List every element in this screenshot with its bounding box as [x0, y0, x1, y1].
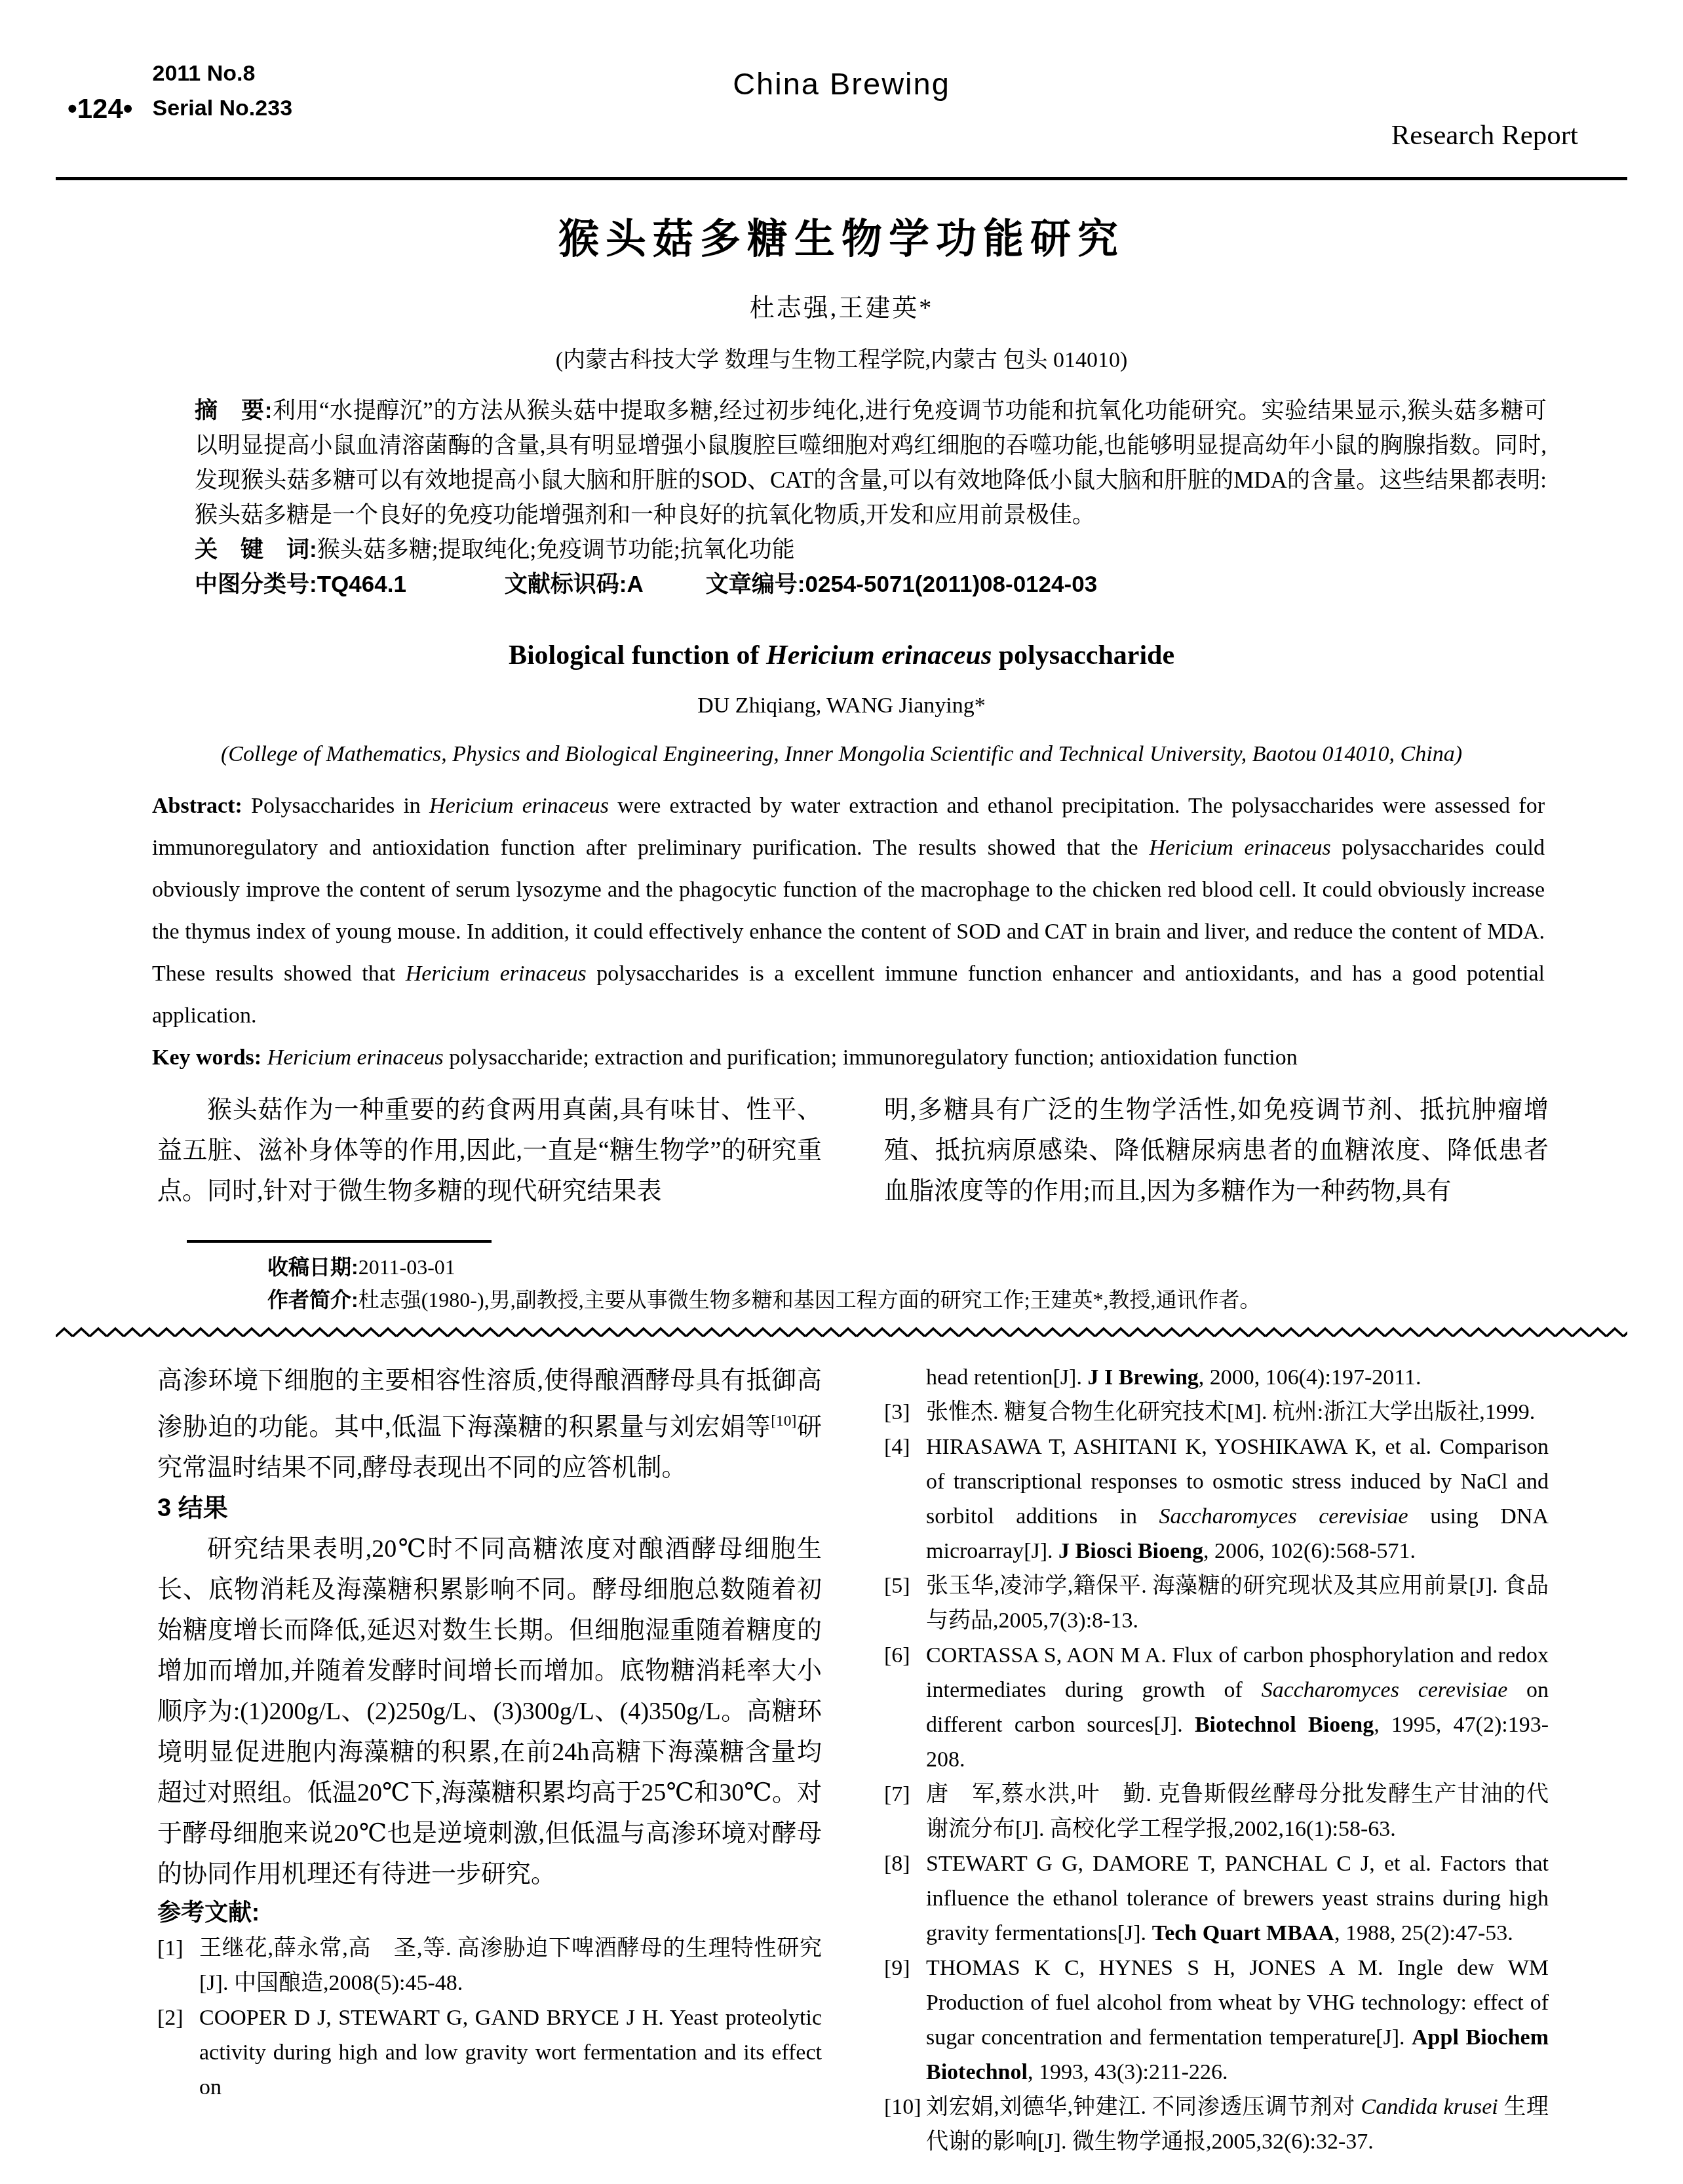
article-id-label: 文章编号:	[706, 572, 805, 597]
reference-number: [5]	[884, 1569, 910, 1603]
keywords-zh: 关 键 词:猴头菇多糖;提取纯化;免疫调节功能;抗氧化功能	[195, 532, 1547, 567]
reference-text: STEWART G G, DAMORE T, PANCHAL C J, et a…	[926, 1852, 1549, 1945]
abstract-zh: 摘 要:利用“水提醇沉”的方法从猴头菇中提取多糖,经过初步纯化,进行免疫调节功能…	[195, 393, 1547, 532]
page-header: •124• 2011 No.8 Serial No.233 China Brew…	[56, 0, 1627, 180]
author-bio-value: 杜志强(1980-),男,副教授,主要从事微生物多糖和基因工程方面的研究工作;王…	[358, 1288, 1261, 1312]
affiliation-zh: (内蒙古科技大学 数理与生物工程学院,内蒙古 包头 014010)	[56, 341, 1627, 374]
reference-item-5: [5]张玉华,凌沛学,籍保平. 海藻糖的研究现状及其应用前景[J]. 食品与药品…	[884, 1569, 1549, 1638]
results-paragraph: 研究结果表明,20℃时不同高糖浓度对酿酒酵母细胞生长、底物消耗及海藻糖积累影响不…	[157, 1529, 822, 1894]
affiliation-en: (College of Mathematics, Physics and Bio…	[56, 742, 1627, 767]
body-column-left: 高渗环境下细胞的主要相容性溶质,使得酿酒酵母具有抵御高渗胁迫的功能。其中,低温下…	[157, 1360, 822, 2159]
reference-number: [4]	[884, 1430, 910, 1464]
journal-title: China Brewing	[733, 66, 950, 102]
intro-columns: 猴头菇作为一种重要的药食两用真菌,具有味甘、性平、益五脏、滋补身体等的作用,因此…	[157, 1089, 1549, 1211]
reference-item-10: [10]刘宏娟,刘德华,钟建江. 不同渗透压调节剂对 Candida kruse…	[884, 2090, 1549, 2159]
section-label: Research Report	[1391, 119, 1578, 151]
author-bio-label: 作者简介:	[267, 1288, 358, 1312]
doc-code-value: A	[627, 572, 644, 597]
received-date-line: 收稿日期:2011-03-01	[267, 1251, 1627, 1283]
reference-item-8: [8]STEWART G G, DAMORE T, PANCHAL C J, e…	[884, 1846, 1549, 1951]
title-block-en: Biological function of Hericium erinaceu…	[56, 640, 1627, 767]
reference-number: [3]	[884, 1395, 910, 1430]
reference-item-1: [1]王继花,薛永常,高 圣,等. 高渗胁迫下啤酒酵母的生理特性研究[J]. 中…	[157, 1931, 822, 2000]
reference-number: [2]	[157, 2000, 184, 2035]
doc-code-label: 文献标识码:	[505, 572, 627, 597]
intro-paragraph-right: 明,多糖具有广泛的生物学活性,如免疫调节剂、抵抗肿瘤增殖、抵抗病原感染、降低糖尿…	[884, 1089, 1549, 1211]
reference-item-2-continuation: head retention[J]. J I Brewing, 2000, 10…	[884, 1360, 1549, 1395]
reference-text: COOPER D J, STEWART G, GAND BRYCE J H. Y…	[199, 2006, 822, 2099]
clc-label: 中图分类号:	[195, 572, 317, 597]
article-id-value: 0254-5071(2011)08-0124-03	[805, 572, 1097, 597]
classification-line: 中图分类号:TQ464.1文献标识码:A文章编号:0254-5071(2011)…	[195, 567, 1547, 602]
body-paragraph-osmotic: 高渗环境下细胞的主要相容性溶质,使得酿酒酵母具有抵御高渗胁迫的功能。其中,低温下…	[157, 1360, 822, 1488]
author-bio-line: 作者简介:杜志强(1980-),男,副教授,主要从事微生物多糖和基因工程方面的研…	[267, 1283, 1627, 1316]
title-block: 猴头菇多糖生物学功能研究 杜志强,王建英* (内蒙古科技大学 数理与生物工程学院…	[56, 206, 1627, 374]
reference-text: 张玉华,凌沛学,籍保平. 海藻糖的研究现状及其应用前景[J]. 食品与药品,20…	[926, 1574, 1549, 1633]
reference-item-6: [6]CORTASSA S, AON M A. Flux of carbon p…	[884, 1638, 1549, 1777]
article-id-item: 文章编号:0254-5071(2011)08-0124-03	[706, 572, 1097, 597]
reference-item-3: [3]张惟杰. 糖复合物生化研究技术[M]. 杭州:浙江大学出版社,1999.	[884, 1395, 1549, 1430]
reference-number: [8]	[884, 1846, 910, 1881]
reference-text: 王继花,薛永常,高 圣,等. 高渗胁迫下啤酒酵母的生理特性研究[J]. 中国酿造…	[199, 1936, 822, 1995]
reference-number: [9]	[884, 1951, 910, 1985]
keywords-en: Key words: Hericium erinaceus polysaccha…	[152, 1037, 1545, 1079]
authors-zh: 杜志强,王建英*	[56, 287, 1627, 323]
abstract-text-zh: 利用“水提醇沉”的方法从猴头菇中提取多糖,经过初步纯化,进行免疫调节功能和抗氧化…	[195, 398, 1547, 528]
issue-number: 2011 No.8	[152, 56, 292, 91]
abstract-block-en: Abstract: Polysaccharides in Hericium er…	[152, 785, 1545, 1079]
abstract-block-zh: 摘 要:利用“水提醇沉”的方法从猴头菇中提取多糖,经过初步纯化,进行免疫调节功能…	[195, 393, 1547, 602]
body-column-right: head retention[J]. J I Brewing, 2000, 10…	[884, 1360, 1549, 2159]
abstract-en: Abstract: Polysaccharides in Hericium er…	[152, 785, 1545, 1037]
reference-text: HIRASAWA T, ASHITANI K, YOSHIKAWA K, et …	[926, 1435, 1549, 1563]
reference-number: [10]	[884, 2090, 921, 2124]
results-section-heading: 3 结果	[157, 1488, 822, 1529]
zigzag-divider	[56, 1325, 1627, 1341]
reference-number: [1]	[157, 1931, 184, 1966]
reference-text: THOMAS K C, HYNES S H, JONES A M. Ingle …	[926, 1956, 1549, 2084]
keywords-text-zh: 猴头菇多糖;提取纯化;免疫调节功能;抗氧化功能	[317, 537, 795, 562]
references-heading: 参考文献:	[157, 1894, 822, 1931]
reference-item-9: [9]THOMAS K C, HYNES S H, JONES A M. Ing…	[884, 1951, 1549, 2090]
reference-number: [7]	[884, 1777, 910, 1812]
reference-text: 张惟杰. 糖复合物生化研究技术[M]. 杭州:浙江大学出版社,1999.	[926, 1400, 1535, 1424]
reference-item-7: [7]唐 军,蔡水洪,叶 勤. 克鲁斯假丝酵母分批发酵生产甘油的代谢流分布[J]…	[884, 1777, 1549, 1846]
abstract-label-zh: 摘 要:	[195, 398, 272, 423]
reference-text: 刘宏娟,刘德华,钟建江. 不同渗透压调节剂对 Candida krusei 生理…	[926, 2095, 1549, 2154]
footnote-rule	[187, 1240, 492, 1243]
footnote: 收稿日期:2011-03-01 作者简介:杜志强(1980-),男,副教授,主要…	[187, 1240, 1627, 1316]
keywords-label-zh: 关 键 词:	[195, 537, 317, 562]
clc-item: 中图分类号:TQ464.1	[195, 572, 406, 597]
received-date-value: 2011-03-01	[358, 1255, 455, 1279]
received-date-label: 收稿日期:	[267, 1255, 358, 1279]
journal-page: •124• 2011 No.8 Serial No.233 China Brew…	[0, 0, 1683, 2184]
serial-number: Serial No.233	[152, 91, 292, 126]
intro-column-right: 明,多糖具有广泛的生物学活性,如免疫调节剂、抵抗肿瘤增殖、抵抗病原感染、降低糖尿…	[884, 1089, 1549, 1211]
intro-column-left: 猴头菇作为一种重要的药食两用真菌,具有味甘、性平、益五脏、滋补身体等的作用,因此…	[157, 1089, 822, 1211]
authors-en: DU Zhiqiang, WANG Jianying*	[56, 693, 1627, 718]
page-number: •124•	[68, 95, 132, 125]
reference-item-2: [2]COOPER D J, STEWART G, GAND BRYCE J H…	[157, 2000, 822, 2105]
issue-info: 2011 No.8 Serial No.233	[152, 56, 292, 125]
intro-paragraph-left: 猴头菇作为一种重要的药食两用真菌,具有味甘、性平、益五脏、滋补身体等的作用,因此…	[157, 1089, 822, 1211]
clc-value: TQ464.1	[317, 572, 406, 597]
reference-text: CORTASSA S, AON M A. Flux of carbon phos…	[926, 1643, 1549, 1772]
article-title-zh: 猴头菇多糖生物学功能研究	[56, 206, 1627, 265]
issue-block: •124• 2011 No.8 Serial No.233	[68, 56, 292, 125]
article-title-en: Biological function of Hericium erinaceu…	[56, 640, 1627, 671]
doc-code-item: 文献标识码:A	[505, 572, 644, 597]
body-columns: 高渗环境下细胞的主要相容性溶质,使得酿酒酵母具有抵御高渗胁迫的功能。其中,低温下…	[157, 1360, 1549, 2159]
reference-item-4: [4]HIRASAWA T, ASHITANI K, YOSHIKAWA K, …	[884, 1430, 1549, 1569]
reference-text: 唐 军,蔡水洪,叶 勤. 克鲁斯假丝酵母分批发酵生产甘油的代谢流分布[J]. 高…	[926, 1782, 1549, 1841]
reference-number: [6]	[884, 1638, 910, 1673]
